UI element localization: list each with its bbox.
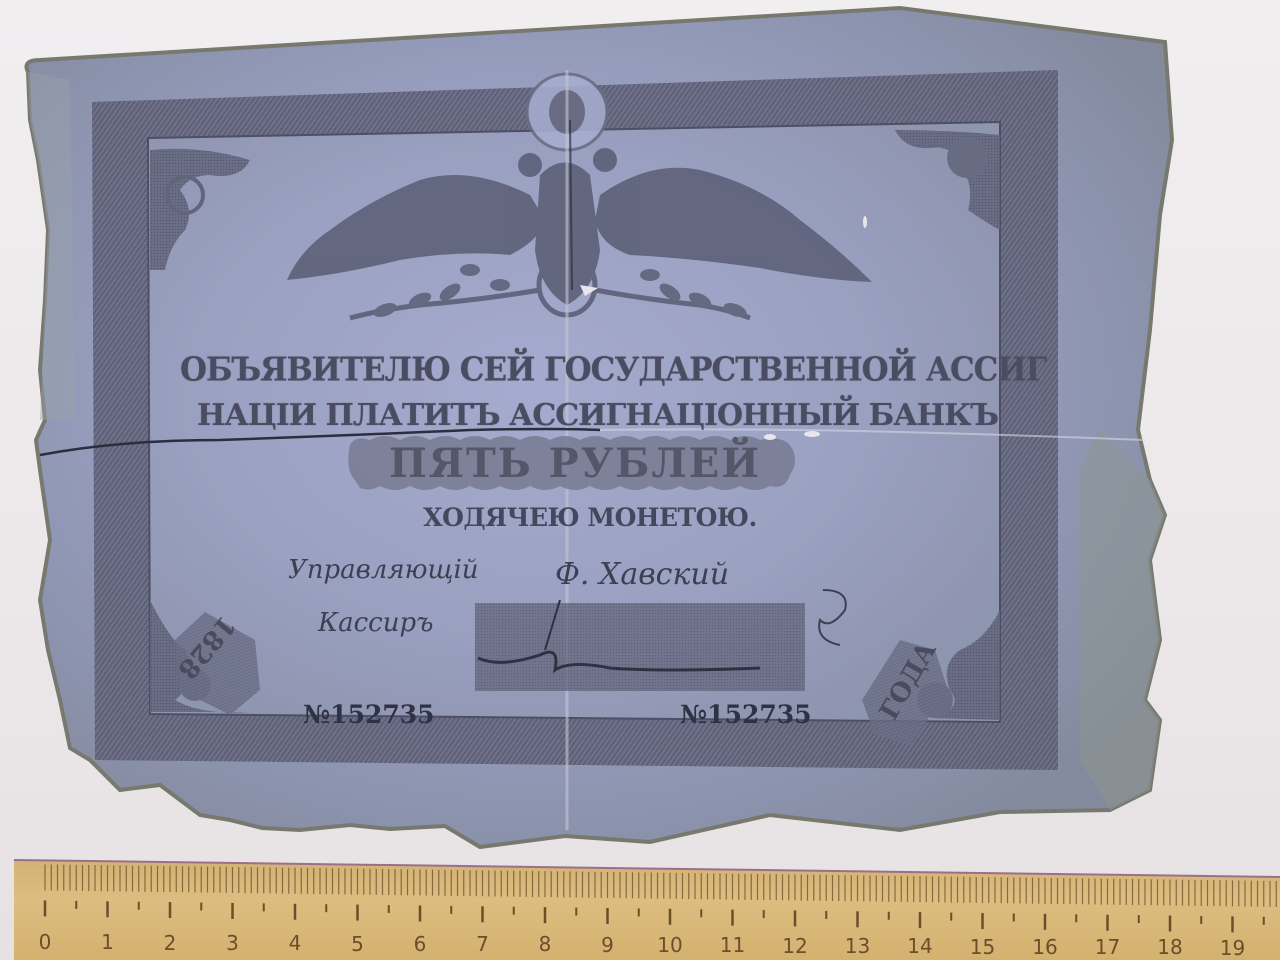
ruler-label: 0: [39, 930, 52, 954]
banknote-text-line-1: ОБЪЯВИТЕЛЮ СЕЙ ГОСУДАРСТВЕННОЙ АССИГ: [180, 351, 1015, 389]
cashier-signature-box: [475, 603, 805, 691]
wooden-ruler: 012345678910111213141516171819: [0, 850, 1280, 960]
ruler-label: 1: [101, 930, 114, 954]
manager-label: Управляющій: [288, 555, 479, 585]
ruler-label: 17: [1095, 935, 1120, 959]
denomination-text: ПЯТЬ РУБЛЕЙ: [360, 440, 790, 487]
cashier-label: Кассиръ: [318, 608, 433, 638]
ruler-label: 11: [720, 933, 745, 957]
ruler-label: 15: [970, 935, 995, 959]
banknote-text-line-2: НАЦІИ ПЛАТИТЪ АССИГНАЦІОННЫЙ БАНКЪ: [180, 398, 1015, 433]
ruler-label: 7: [476, 932, 489, 956]
ruler-body: [0, 850, 1280, 960]
ruler-label: 14: [907, 934, 932, 958]
ruler-label: 12: [782, 934, 807, 958]
ruler-label: 19: [1220, 936, 1245, 960]
ruler-label: 8: [539, 932, 552, 956]
ruler-label: 4: [289, 931, 302, 955]
ruler-label: 2: [164, 931, 177, 955]
banknote-text-line-4: ХОДЯЧЕЮ МОНЕТОЮ.: [300, 503, 880, 532]
banknote: ОБЪЯВИТЕЛЮ СЕЙ ГОСУДАРСТВЕННОЙ АССИГ НАЦ…: [0, 0, 1280, 880]
ruler-label: 18: [1157, 935, 1182, 959]
serial-number-right: №152735: [680, 700, 812, 729]
manager-signature: Ф. Хавский: [555, 557, 729, 592]
ruler-label: 13: [845, 934, 870, 958]
ruler-label: 5: [351, 932, 364, 956]
ruler-label: 16: [1032, 935, 1057, 959]
ruler-label: 9: [601, 933, 614, 957]
serial-number-left: №152735: [303, 700, 435, 729]
ruler-label: 3: [226, 931, 239, 955]
ruler-label: 10: [657, 933, 682, 957]
ruler-label: 6: [414, 932, 427, 956]
